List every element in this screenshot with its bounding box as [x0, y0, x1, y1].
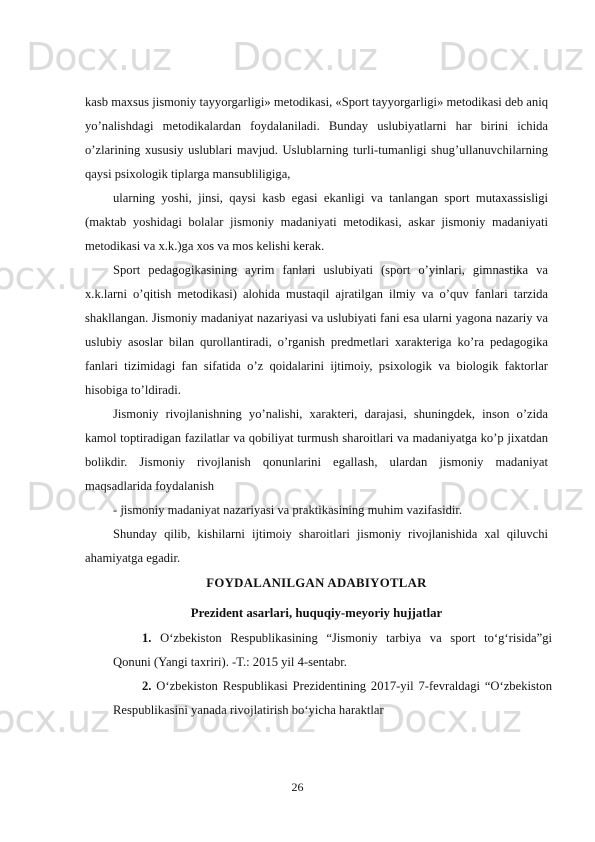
- watermark: Docx.uz: [232, 38, 377, 76]
- watermark: Docx.uz: [26, 38, 171, 76]
- reference-list: 1. O‘zbekiston Respublikasining “Jismoni…: [113, 626, 552, 722]
- body-paragraph: Sport pedagogikasining ayrim fanlari usl…: [85, 258, 548, 402]
- reference-item: 1. O‘zbekiston Respublikasining “Jismoni…: [113, 626, 552, 674]
- page-number: 26: [0, 780, 595, 795]
- document-page: Docx.uz Docx.uz Docx.uz Docx.uz Docx.uz …: [0, 0, 595, 842]
- body-paragraph: ularning yoshi, jinsi, qaysi kasb egasi …: [85, 186, 548, 258]
- reference-text: O‘zbekiston Respublikasining “Jismoniy t…: [113, 631, 552, 669]
- reference-text: O‘zbekiston Respublikasi Prezidentining …: [113, 679, 552, 717]
- references-section-heading: Prezident asarlari, huquqiy-meyoriy hujj…: [85, 600, 548, 626]
- body-paragraph: Shunday qilib, kishilarni ijtimoiy sharo…: [85, 522, 548, 570]
- document-body: kasb maxsus jismoniy tayyorgarligi» meto…: [85, 90, 548, 722]
- reference-item: 2. O‘zbekiston Respublikasi Prezidentini…: [113, 674, 552, 722]
- references-heading: FOYDALANILGAN ADABIYOTLAR: [85, 570, 548, 596]
- body-paragraph: Jismoniy rivojlanishning yo’nalishi, xar…: [85, 402, 548, 498]
- watermark: Docx.uz: [438, 38, 583, 76]
- body-paragraph: kasb maxsus jismoniy tayyorgarligi» meto…: [85, 90, 548, 186]
- body-paragraph-dash: - jismoniy madaniyat nazariyasi va prakt…: [85, 498, 548, 522]
